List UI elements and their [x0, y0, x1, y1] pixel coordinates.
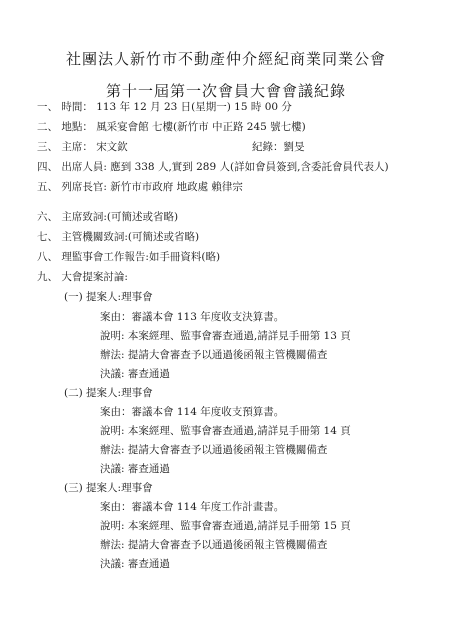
item-label: 主席：: [61, 141, 93, 153]
item-value: 應到 338 人,實到 289 人(詳如會員簽到,含委託會員代表人): [110, 161, 388, 173]
item-value: 新竹市市政府 地政處 賴律宗: [110, 181, 243, 193]
item-recorder: 紀錄：劉旻: [252, 140, 305, 154]
item-value: 113 年 12 月 23 日(星期一) 15 時 00 分: [96, 101, 292, 113]
item-label: 大會提案討論:: [61, 271, 128, 283]
item-authority-speech: 七、 主管機關致詞:(可簡述或省略): [37, 230, 199, 244]
item-label: 列席長官:: [61, 181, 107, 193]
item-number: 五、: [37, 181, 58, 193]
document-subtitle: 第十一屆第一次會員大會會議紀錄: [0, 80, 452, 101]
proposal-3-reason: 案由：審議本會 114 年度工作計畫書。: [100, 500, 284, 514]
item-number: 一、: [37, 101, 58, 113]
item-label: 理監事會工作報告:: [61, 251, 149, 263]
proposal-proposer: 提案人:理事會: [86, 387, 153, 399]
document-page: 社團法人新竹市不動產仲介經紀商業同業公會 第十一屆第一次會員大會會議紀錄 一、 …: [0, 0, 452, 640]
item-value: 宋文欽: [96, 141, 128, 153]
item-proposals: 九、 大會提案討論:: [37, 270, 128, 284]
item-officials: 五、 列席長官: 新竹市市政府 地政處 賴律宗: [37, 180, 243, 194]
item-number: 三、: [37, 141, 58, 153]
item-label: 出席人員:: [61, 161, 107, 173]
proposal-1-reason: 案由：審議本會 113 年度收支決算書。: [100, 310, 284, 324]
item-label: 時間：: [61, 101, 93, 113]
proposal-2-explanation: 說明: 本案經理、監事會審查通過,請詳見手冊第 14 頁: [100, 424, 351, 438]
item-time: 一、 時間： 113 年 12 月 23 日(星期一) 15 時 00 分: [37, 100, 292, 114]
proposal-1-header: (一) 提案人:理事會: [64, 290, 153, 304]
item-chair-speech: 六、 主席致詞:(可簡述或省略): [37, 210, 178, 224]
proposal-3-resolution: 決議: 審查通過: [100, 557, 170, 571]
item-label: 主管機關致詞:: [61, 231, 128, 243]
proposal-2-resolution: 決議: 審查通過: [100, 462, 170, 476]
proposal-3-explanation: 說明: 本案經理、監事會審查通過,請詳見手冊第 15 頁: [100, 519, 351, 533]
proposal-2-reason: 案由：審議本會 114 年度收支預算書。: [100, 405, 284, 419]
item-number: 二、: [37, 121, 58, 133]
item-label: 主席致詞:: [61, 211, 107, 223]
proposal-proposer: 提案人:理事會: [86, 291, 153, 303]
item-value: 如手冊資料(略): [149, 251, 220, 263]
proposal-2-method: 辦法: 提請大會審查予以通過後函報主管機關備查: [100, 443, 327, 457]
proposal-number: (一): [64, 291, 83, 303]
proposal-2-header: (二) 提案人:理事會: [64, 386, 153, 400]
item-chair: 三、 主席： 宋文欽: [37, 140, 128, 154]
proposal-number: (二): [64, 387, 83, 399]
item-number: 八、: [37, 251, 58, 263]
item-label: 地點：: [61, 121, 93, 133]
item-number: 七、: [37, 231, 58, 243]
proposal-proposer: 提案人:理事會: [86, 482, 153, 494]
proposal-3-method: 辦法: 提請大會審查予以通過後函報主管機關備查: [100, 538, 327, 552]
item-attendance: 四、 出席人員: 應到 338 人,實到 289 人(詳如會員簽到,含委託會員代…: [37, 160, 389, 174]
proposal-number: (三): [64, 482, 83, 494]
proposal-3-header: (三) 提案人:理事會: [64, 481, 153, 495]
document-title: 社團法人新竹市不動產仲介經紀商業同業公會: [0, 48, 452, 69]
item-value: (可簡述或省略): [107, 211, 178, 223]
item-value: (可簡述或省略): [128, 231, 199, 243]
item-location: 二、 地點： 風采宴會館 七樓(新竹市 中正路 245 號七樓): [37, 120, 306, 134]
proposal-1-method: 辦法: 提請大會審查予以通過後函報主管機關備查: [100, 348, 327, 362]
proposal-1-resolution: 決議: 審查通過: [100, 367, 170, 381]
item-number: 九、: [37, 271, 58, 283]
proposal-1-explanation: 說明: 本案經理、監事會審查通過,請詳見手冊第 13 頁: [100, 329, 351, 343]
item-board-report: 八、 理監事會工作報告:如手冊資料(略): [37, 250, 220, 264]
item-value: 風采宴會館 七樓(新竹市 中正路 245 號七樓): [96, 121, 306, 133]
item-number: 六、: [37, 211, 58, 223]
item-number: 四、: [37, 161, 58, 173]
